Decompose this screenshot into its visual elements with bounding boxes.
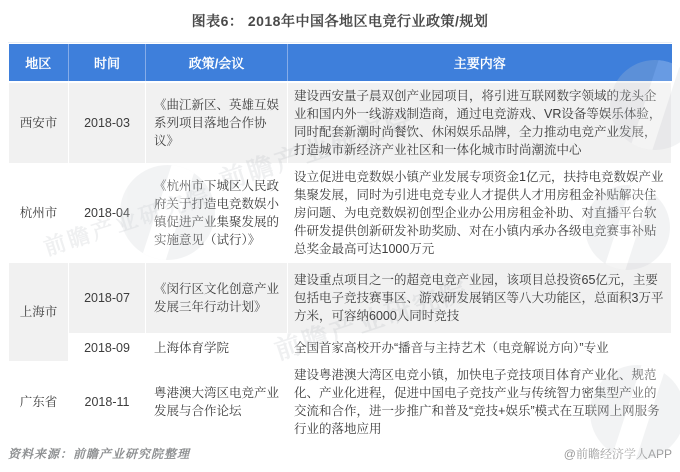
chart-title: 图表6： 2018年中国各地区电竞行业政策/规划 <box>0 0 680 34</box>
region-cell: 西安市 <box>9 82 69 164</box>
time-cell: 2018-11 <box>69 362 146 443</box>
figure-footer: 资料来源：前瞻产业研究院整理 @前瞻经济学人APP <box>8 445 672 462</box>
header-row: 地区 时间 政策/会议 主要内容 <box>9 44 672 82</box>
content-cell: 全国首家高校开办“播音与主持艺术（电竞解说方向）”专业 <box>288 334 672 362</box>
region-cell: 广东省 <box>9 362 69 443</box>
table-row: 广东省 2018-11 粤港澳大湾区电竞产业发展与合作论坛 建设粤港澳大湾区电竞… <box>9 362 672 443</box>
policy-cell: 《曲江新区、英雄互娱系列项目落地合作协议》 <box>146 82 288 164</box>
column-header-region: 地区 <box>9 44 69 82</box>
column-header-policy: 政策/会议 <box>146 44 288 82</box>
column-header-content: 主要内容 <box>288 44 672 82</box>
column-header-time: 时间 <box>69 44 146 82</box>
content-cell: 建设西安量子晨双创产业园项目，将引进互联网数字领域的龙头企业和国内外一线游戏制造… <box>288 82 672 164</box>
credit-note: @前瞻经济学人APP <box>564 445 672 462</box>
region-cell: 杭州市 <box>9 164 69 263</box>
policy-cell: 《闵行区文化创意产业发展三年行动计划》 <box>146 263 288 334</box>
policy-table: 地区 时间 政策/会议 主要内容 西安市 2018-03 《曲江新区、英雄互娱系… <box>8 44 672 443</box>
source-note: 资料来源：前瞻产业研究院整理 <box>8 445 190 462</box>
policy-cell: 粤港澳大湾区电竞产业发展与合作论坛 <box>146 362 288 443</box>
region-cell: 上海市 <box>9 263 69 362</box>
policy-cell: 上海体育学院 <box>146 334 288 362</box>
time-cell: 2018-03 <box>69 82 146 164</box>
table-row: 杭州市 2018-04 《杭州市下城区人民政府关于打造电竞数娱小镇促进产业集聚发… <box>9 164 672 263</box>
content-cell: 设立促进电竞数娱小镇产业发展专项资金1亿元，扶持电竞数娱产业集聚发展，同时为引进… <box>288 164 672 263</box>
table-row: 上海市 2018-07 《闵行区文化创意产业发展三年行动计划》 建设重点项目之一… <box>9 263 672 334</box>
time-cell: 2018-04 <box>69 164 146 263</box>
content-cell: 建设粤港澳大湾区电竞小镇，加快电子竞技项目体育产业化、规范化、产业化进程，促进中… <box>288 362 672 443</box>
table-row: 2018-09 上海体育学院 全国首家高校开办“播音与主持艺术（电竞解说方向）”… <box>9 334 672 362</box>
policy-table-wrap: 地区 时间 政策/会议 主要内容 西安市 2018-03 《曲江新区、英雄互娱系… <box>8 42 672 443</box>
figure-page: 图表6： 2018年中国各地区电竞行业政策/规划 地区 时间 政策/会议 主要内… <box>0 0 680 472</box>
content-cell: 建设重点项目之一的超竞电竞产业园，该项目总投资65亿元，主要包括电子竞技赛事区、… <box>288 263 672 334</box>
policy-cell: 《杭州市下城区人民政府关于打造电竞数娱小镇促进产业集聚发展的实施意见（试行）》 <box>146 164 288 263</box>
time-cell: 2018-07 <box>69 263 146 334</box>
time-cell: 2018-09 <box>69 334 146 362</box>
table-row: 西安市 2018-03 《曲江新区、英雄互娱系列项目落地合作协议》 建设西安量子… <box>9 82 672 164</box>
